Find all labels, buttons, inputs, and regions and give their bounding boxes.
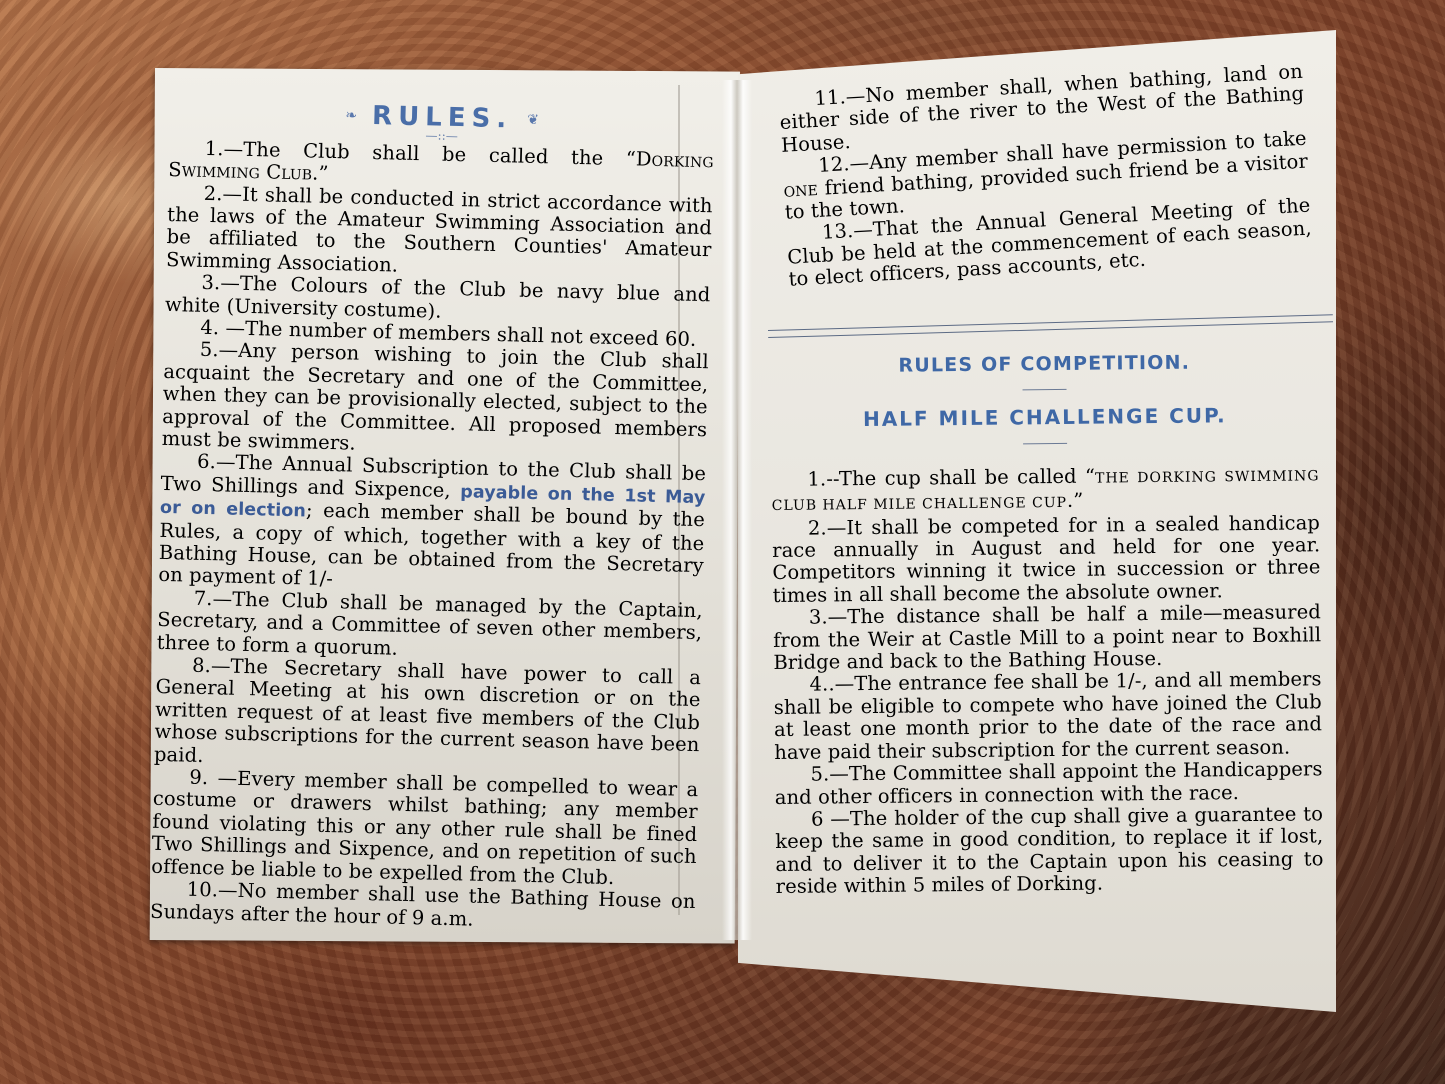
competition-rule-6: 6 —The holder of the cup shall give a gu… (775, 803, 1324, 898)
emphasis-one: one (783, 177, 818, 202)
rule-text: It shall be conducted in strict accordan… (166, 182, 713, 276)
rule-text: It shall be competed for in a sealed han… (772, 511, 1320, 607)
rule-text: The cup shall be called “ (839, 464, 1095, 490)
competition-section: RULES OF COMPETITION. HALF MILE CHALLENG… (770, 334, 1324, 898)
rule-number: 7.— (194, 587, 233, 611)
competition-rule-3: 3.—The distance shall be half a mile—mea… (773, 601, 1322, 674)
rule-text: The holder of the cup shall give a guara… (775, 802, 1323, 898)
rule-number: 1.— (205, 137, 244, 161)
rule-number: 8.— (192, 654, 231, 678)
rule-number: 4..— (809, 673, 854, 696)
fleuron-left-icon: ❧ (345, 108, 357, 124)
cup-heading: HALF MILE CHALLENGE CUP. (771, 404, 1319, 432)
short-divider (1023, 443, 1067, 444)
rule-number: 6.— (197, 450, 236, 474)
competition-rule-2: 2.—It shall be competed for in a sealed … (772, 512, 1321, 607)
gutter-crease (722, 80, 752, 940)
rule-9: 9. —Every member shall be compelled to w… (151, 766, 699, 891)
short-divider (1023, 389, 1067, 390)
rule-number: 9. — (189, 766, 237, 790)
rule-text: The Committee shall appoint the Handicap… (775, 757, 1323, 808)
rule-8: 8.—The Secretary shall have power to cal… (154, 654, 702, 779)
rule-text: The entrance fee shall be 1/-, and all m… (774, 668, 1322, 764)
rule-number: 3.— (201, 271, 240, 295)
rule-number: 2.— (203, 181, 242, 205)
fleuron-right-icon: ❦ (527, 112, 539, 128)
rule-text: .” (1067, 489, 1084, 512)
rule-text: The distance shall be half a mile—measur… (773, 600, 1321, 674)
left-page-content: ❧ RULES. ❦ —::— 1.—The Club shall be cal… (150, 100, 715, 936)
rule-number: 4. — (200, 316, 245, 340)
rule-number: 2.— (808, 516, 847, 539)
rule-number: 10.— (186, 878, 237, 902)
rule-number: 5.— (810, 762, 849, 785)
competition-heading: RULES OF COMPETITION. (770, 350, 1318, 378)
rule-number: 6 — (811, 807, 850, 830)
rule-text: Any person wishing to join the Club shal… (161, 339, 709, 455)
rule-number: 5.— (200, 338, 239, 362)
competition-rule-5: 5.—The Committee shall appoint the Handi… (774, 758, 1322, 809)
rule-number: 1.-- (807, 467, 839, 490)
right-page-rules-continued: 11.—No member shall, when bathing, land … (778, 61, 1313, 292)
competition-rule-4: 4..—The entrance fee shall be 1/-, and a… (774, 669, 1323, 764)
rule-6: 6.—The Annual Subscription to the Club s… (158, 450, 706, 600)
rule-text: The Secretary shall have power to call a… (154, 655, 702, 767)
rule-text: The Club shall be managed by the Captain… (156, 588, 702, 660)
rule-5: 5.—Any person wishing to join the Club s… (161, 338, 709, 463)
competition-rule-1: 1.--The cup shall be called “The Dorking… (771, 463, 1319, 518)
rule-text: .” (312, 162, 329, 185)
rule-2: 2.—It shall be conducted in strict accor… (166, 181, 713, 284)
rule-number: 3.— (809, 605, 848, 628)
